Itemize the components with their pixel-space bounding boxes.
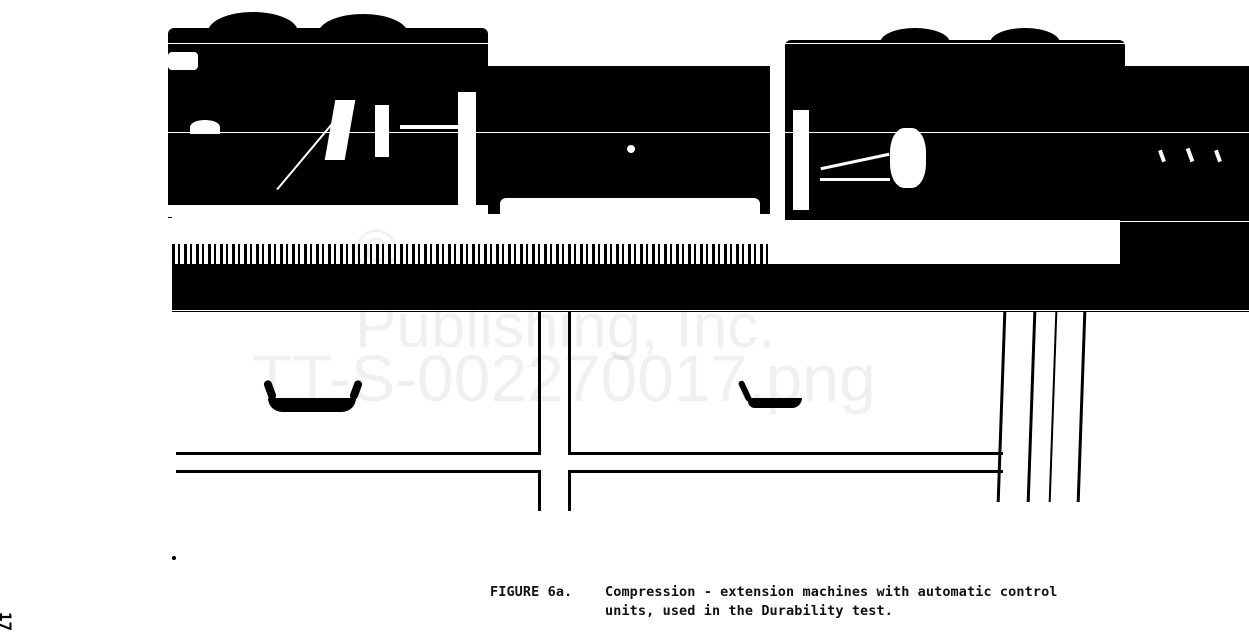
caption-line-2: units, used in the Durability test.	[605, 602, 893, 621]
figure-label: FIGURE 6a.	[490, 583, 600, 602]
left-machine-dome-1	[208, 12, 298, 52]
right-control-unit	[1120, 66, 1249, 312]
right-machine	[785, 40, 1125, 230]
drawer-handle-2	[748, 398, 802, 408]
caption-line-1: Compression - extension machines with au…	[605, 583, 1058, 602]
page-number: 17	[0, 612, 15, 631]
drawer-3	[176, 470, 541, 511]
left-machine-dome-2	[318, 14, 408, 54]
drawer-handle-1	[268, 398, 356, 412]
bench-texture	[172, 244, 772, 266]
drawer-2	[568, 312, 1003, 455]
drawer-4	[568, 470, 1003, 511]
figure-photograph	[0, 0, 1249, 520]
bench-edge	[172, 264, 1249, 312]
bench-top	[172, 214, 772, 244]
